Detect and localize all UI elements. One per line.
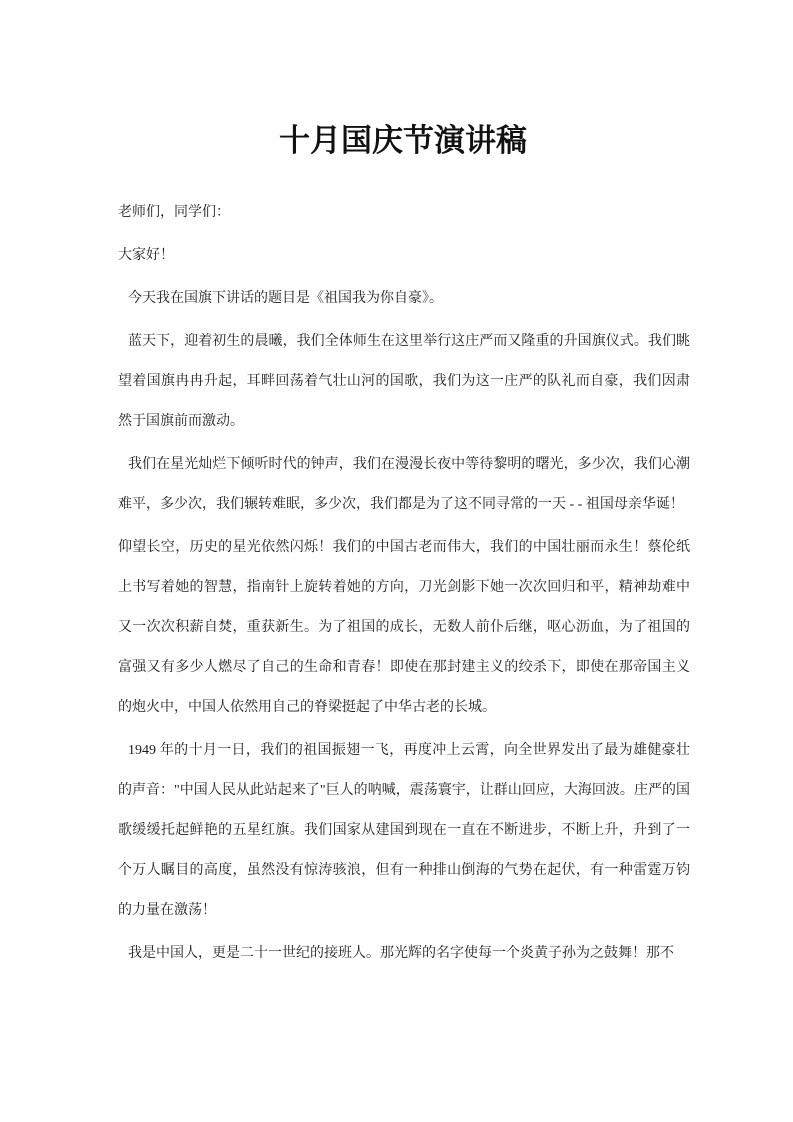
paragraph: 我是中国人，更是二十一世纪的接班人。那光辉的名字使每一个炎黄子孙为之鼓舞！那不 bbox=[118, 934, 690, 974]
document-page: 十月国庆节演讲稿 老师们，同学们：大家好！今天我在国旗下讲话的题目是《祖国我为你… bbox=[0, 0, 793, 1122]
document-body: 老师们，同学们：大家好！今天我在国旗下讲话的题目是《祖国我为你自豪》。蓝天下，迎… bbox=[118, 193, 690, 974]
paragraph: 老师们，同学们： bbox=[118, 193, 690, 233]
paragraph: 我们在星光灿烂下倾听时代的钟声，我们在漫漫长夜中等待黎明的曙光，多少次，我们心潮… bbox=[118, 445, 690, 525]
document-title: 十月国庆节演讲稿 bbox=[118, 124, 688, 158]
paragraph: 大家好！ bbox=[118, 236, 690, 276]
paragraph: 仰望长空，历史的星光依然闪烁！我们的中国古老而伟大，我们的中国壮丽而永生！蔡伦纸… bbox=[118, 528, 690, 728]
paragraph: 蓝天下，迎着初生的晨曦，我们全体师生在这里举行这庄严而又隆重的升国旗仪式。我们眺… bbox=[118, 322, 690, 442]
paragraph: 1949 年的十月一日，我们的祖国振翅一飞，再度冲上云霄，向全世界发出了最为雄健… bbox=[118, 731, 690, 931]
paragraph: 今天我在国旗下讲话的题目是《祖国我为你自豪》。 bbox=[118, 279, 690, 319]
